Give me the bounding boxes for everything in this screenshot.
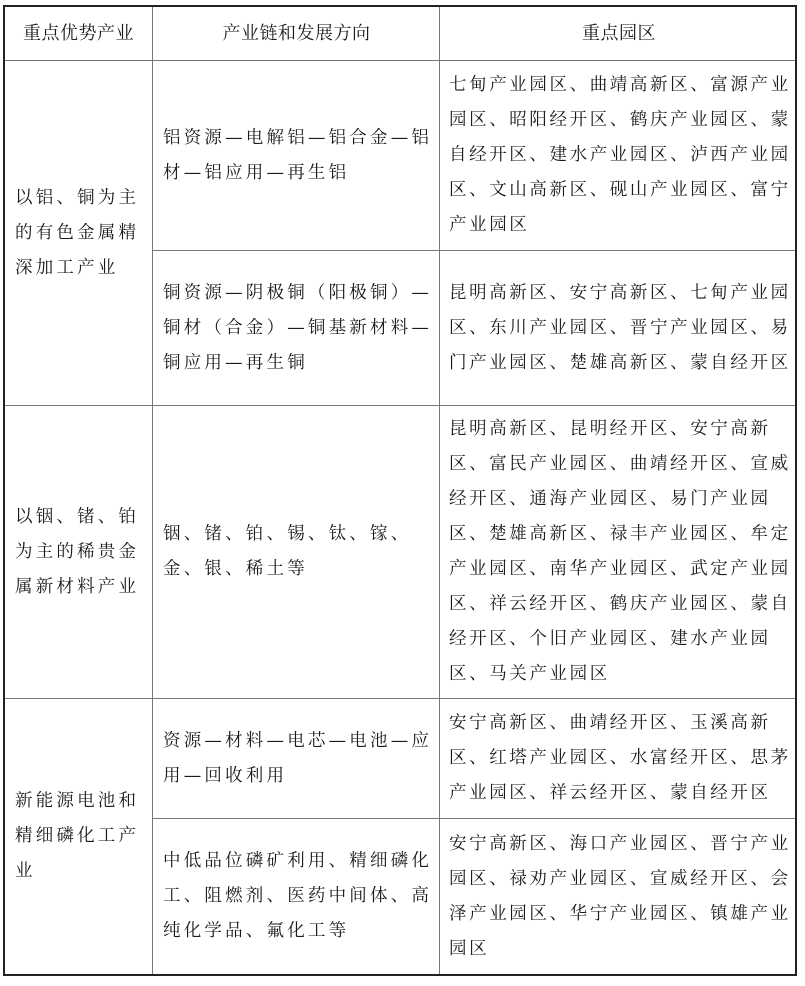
parks-text: 安宁高新区、海口产业园区、晋宁产业园区、禄劝产业园区、宣威经开区、会泽产业园区、… [441, 827, 797, 967]
industry-text: 以铟、锗、铂为主的稀贵金属新材料产业 [5, 500, 152, 605]
header-key-parks: 重点园区 [441, 7, 797, 60]
parks-text: 七甸产业园区、曲靖高新区、富源产业园区、昭阳经开区、鹤庆产业园区、蒙自经开区、建… [441, 68, 797, 243]
parks-cell-phosphorus: 安宁高新区、海口产业园区、晋宁产业园区、禄劝产业园区、宣威经开区、会泽产业园区、… [441, 819, 797, 974]
chain-cell-battery: 资源—材料—电芯—电池—应用—回收利用 [153, 699, 440, 818]
industry-text: 以铝、铜为主的有色金属精深加工产业 [5, 181, 152, 286]
chain-text: 铝资源—电解铝—铝合金—铝材—铝应用—再生铝 [153, 121, 440, 191]
parks-cell-battery: 安宁高新区、曲靖经开区、玉溪高新区、红塔产业园区、水富经开区、思茅产业园区、祥云… [441, 699, 797, 818]
header-label: 产业链和发展方向 [223, 16, 371, 51]
parks-cell-aluminum: 七甸产业园区、曲靖高新区、富源产业园区、昭阳经开区、鹤庆产业园区、蒙自经开区、建… [441, 61, 797, 250]
industry-park-table: 重点优势产业 产业链和发展方向 重点园区 以铝、铜为主的有色金属精深加工产业 铝… [3, 5, 797, 976]
header-key-industry: 重点优势产业 [5, 7, 152, 60]
header-label: 重点优势产业 [23, 16, 134, 51]
industry-cell-new-energy: 新能源电池和精细磷化工产业 [5, 699, 152, 974]
parks-cell-copper: 昆明高新区、安宁高新区、七甸产业园区、东川产业园区、晋宁产业园区、易门产业园区、… [441, 251, 797, 405]
header-chain-direction: 产业链和发展方向 [153, 7, 440, 60]
industry-cell-rare-precious: 以铟、锗、铂为主的稀贵金属新材料产业 [5, 406, 152, 698]
chain-cell-copper: 铜资源—阴极铜（阳极铜）—铜材（合金）—铜基新材料—铜应用—再生铜 [153, 251, 440, 405]
industry-cell-nonferrous: 以铝、铜为主的有色金属精深加工产业 [5, 61, 152, 405]
parks-text: 昆明高新区、昆明经开区、安宁高新区、富民产业园区、曲靖经开区、宣威经开区、通海产… [441, 412, 797, 692]
parks-text: 安宁高新区、曲靖经开区、玉溪高新区、红塔产业园区、水富经开区、思茅产业园区、祥云… [441, 706, 797, 811]
parks-text: 昆明高新区、安宁高新区、七甸产业园区、东川产业园区、晋宁产业园区、易门产业园区、… [441, 276, 797, 381]
chain-text: 中低品位磷矿利用、精细磷化工、阻燃剂、医药中间体、高纯化学品、氟化工等 [153, 844, 440, 949]
industry-text: 新能源电池和精细磷化工产业 [5, 784, 152, 889]
chain-cell-aluminum: 铝资源—电解铝—铝合金—铝材—铝应用—再生铝 [153, 61, 440, 250]
chain-text: 铟、锗、铂、锡、钛、镓、金、银、稀土等 [153, 517, 440, 587]
chain-cell-phosphorus: 中低品位磷矿利用、精细磷化工、阻燃剂、医药中间体、高纯化学品、氟化工等 [153, 819, 440, 974]
chain-text: 资源—材料—电芯—电池—应用—回收利用 [153, 724, 440, 794]
parks-cell-rare-metals: 昆明高新区、昆明经开区、安宁高新区、富民产业园区、曲靖经开区、宣威经开区、通海产… [441, 406, 797, 698]
chain-cell-rare-metals: 铟、锗、铂、锡、钛、镓、金、银、稀土等 [153, 406, 440, 698]
header-label: 重点园区 [582, 16, 656, 51]
chain-text: 铜资源—阴极铜（阳极铜）—铜材（合金）—铜基新材料—铜应用—再生铜 [153, 276, 440, 381]
